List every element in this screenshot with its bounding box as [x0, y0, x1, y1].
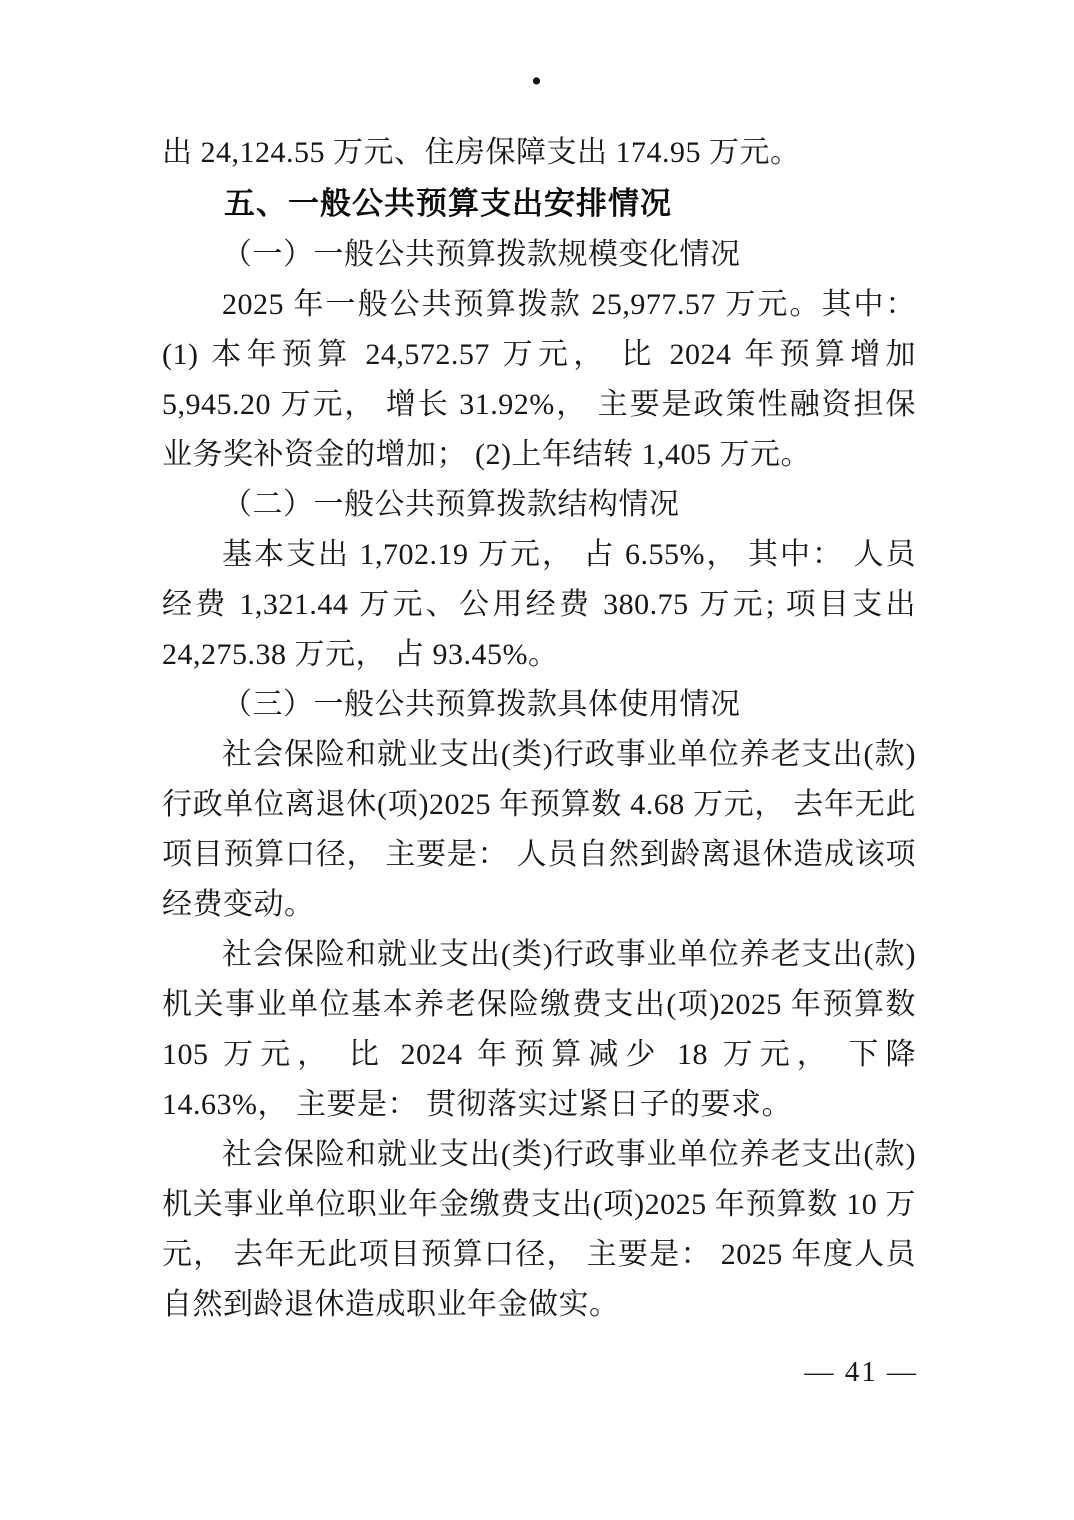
document-body: 出 24,124.55 万元、住房保障支出 174.95 万元。 五、一般公共预… — [162, 128, 916, 1330]
subsection-heading-two: （二）一般公共预算拨款结构情况 — [162, 480, 916, 530]
paragraph-basic-pension-contribution: 社会保险和就业支出(类)行政事业单位养老支出(款)机关事业单位基本养老保险缴费支… — [162, 930, 916, 1130]
subsection-heading-one: （一）一般公共预算拨款规模变化情况 — [162, 230, 916, 280]
paragraph-occupational-annuity: 社会保险和就业支出(类)行政事业单位养老支出(款)机关事业单位职业年金缴费支出(… — [162, 1130, 916, 1330]
document-page: . 出 24,124.55 万元、住房保障支出 174.95 万元。 五、一般公… — [0, 0, 1074, 1520]
paragraph-retirement-expenditure: 社会保险和就业支出(类)行政事业单位养老支出(款)行政单位离退休(项)2025 … — [162, 730, 916, 930]
paragraph-continuation-expenditure: 出 24,124.55 万元、住房保障支出 174.95 万元。 — [162, 128, 916, 178]
section-heading-five: 五、一般公共预算支出安排情况 — [162, 178, 916, 230]
subsection-heading-three: （三）一般公共预算拨款具体使用情况 — [162, 680, 916, 730]
paragraph-funding-structure: 基本支出 1,702.19 万元， 占 6.55%， 其中： 人员经费 1,32… — [162, 530, 916, 680]
paragraph-funding-scale-change: 2025 年一般公共预算拨款 25,977.57 万元。其中： (1) 本年预算… — [162, 280, 916, 480]
stray-dot-mark: . — [531, 48, 542, 92]
page-number: — 41 — — [805, 1352, 919, 1392]
